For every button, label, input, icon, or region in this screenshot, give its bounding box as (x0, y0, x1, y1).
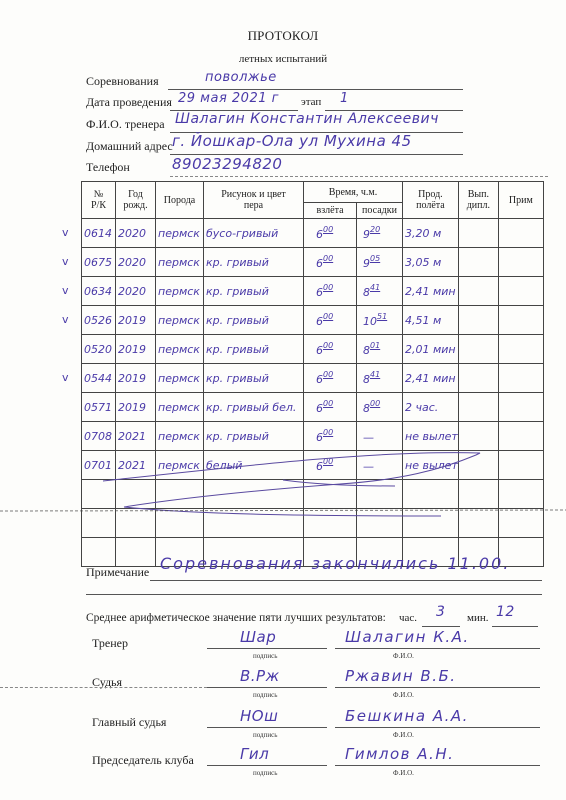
cell-feather-color: кр. гривый (204, 335, 304, 364)
landing-minute: 51 (377, 312, 387, 321)
cell-landing: 920 (357, 219, 403, 248)
check-mark-icon: v (62, 255, 69, 268)
cell-diploma (458, 335, 498, 364)
cell-ring-number (82, 509, 116, 538)
name-value: Ржавин В.Б. (345, 667, 457, 685)
signature-role-label: Тренер (92, 636, 128, 651)
takeoff-minute: 00 (323, 457, 333, 466)
table-row (82, 480, 544, 509)
cell-feather-color: кр. гривый (204, 306, 304, 335)
cell-note (498, 393, 543, 422)
note-line (150, 580, 542, 581)
table-row: 05442019пермсккр. гривый6008412,41 мин (82, 364, 544, 393)
signature-value: НОш (240, 707, 278, 725)
header-time: Время, ч.м. (304, 182, 403, 203)
header-ring-number: №Р/К (82, 182, 116, 219)
cell-duration (403, 480, 459, 509)
name-caption: Ф.И.О. (393, 731, 414, 739)
takeoff-hour: 6 (316, 257, 323, 270)
table-row (82, 509, 544, 538)
landing-hour: 8 (363, 402, 370, 415)
landing-hour: 10 (363, 315, 377, 328)
name-caption: Ф.И.О. (393, 769, 414, 777)
cell-feather-color: кр. гривый (204, 364, 304, 393)
takeoff-minute: 00 (323, 283, 333, 292)
cell-breed: пермск (156, 422, 204, 451)
cell-takeoff: 600 (304, 451, 357, 480)
landing-hour: 9 (363, 228, 370, 241)
cell-feather-color: кр. гривый (204, 277, 304, 306)
cell-feather-color: кр. гривый (204, 248, 304, 277)
takeoff-minute: 00 (323, 225, 333, 234)
cell-breed: пермск (156, 306, 204, 335)
cell-breed (156, 509, 204, 538)
cell-breed: пермск (156, 364, 204, 393)
cell-ring-number: 0701 (82, 451, 116, 480)
cell-ring-number: 0675 (82, 248, 116, 277)
cell-takeoff: 600 (304, 277, 357, 306)
cell-diploma (458, 219, 498, 248)
cell-takeoff: 600 (304, 306, 357, 335)
cell-breed: пермск (156, 219, 204, 248)
cell-birth-year: 2020 (116, 248, 156, 277)
cell-feather-color: кр. гривый бел. (204, 393, 304, 422)
landing-hour: 8 (363, 344, 370, 357)
cell-landing (357, 480, 403, 509)
signature-caption: подпись (253, 652, 277, 660)
phone-label: Телефон (86, 160, 130, 175)
cell-breed: пермск (156, 277, 204, 306)
cell-feather-color: бусо-гривый (204, 219, 304, 248)
cell-diploma (458, 306, 498, 335)
cell-takeoff: 600 (304, 422, 357, 451)
landing-minute: 00 (370, 399, 380, 408)
signature-role-label: Главный судья (92, 715, 166, 730)
cell-ring-number: 0571 (82, 393, 116, 422)
average-minutes-line (492, 626, 538, 627)
cell-takeoff: 600 (304, 393, 357, 422)
header-feather-color: Рисунок и цветпера (204, 182, 304, 219)
cell-takeoff: 600 (304, 335, 357, 364)
address-value: г. Йошкар-Ола ул Мухина 45 (172, 132, 412, 150)
note-label: Примечание (86, 565, 149, 580)
cell-duration: не вылет (403, 451, 459, 480)
cell-birth-year: 2020 (116, 277, 156, 306)
cell-note (498, 364, 543, 393)
cell-landing: 905 (357, 248, 403, 277)
cell-diploma (458, 364, 498, 393)
landing-hour: — (363, 431, 374, 444)
cell-birth-year: 2019 (116, 364, 156, 393)
cell-takeoff (304, 509, 357, 538)
cell-feather-color: кр. гривый (204, 422, 304, 451)
takeoff-hour: 6 (316, 315, 323, 328)
cell-note (498, 219, 543, 248)
takeoff-hour: 6 (316, 460, 323, 473)
cell-birth-year: 2019 (116, 393, 156, 422)
name-value: Гимлов А.Н. (345, 745, 454, 763)
name-line (335, 765, 540, 766)
note-value: Соревнования закончились 11.00. (160, 554, 510, 573)
cell-ring-number (82, 538, 116, 567)
cell-birth-year: 2021 (116, 451, 156, 480)
cell-note (498, 422, 543, 451)
name-line (335, 687, 540, 688)
cell-birth-year: 2021 (116, 422, 156, 451)
cell-birth-year (116, 538, 156, 567)
table-row: 07012021пермскбелый600—не вылет (82, 451, 544, 480)
landing-hour: 9 (363, 257, 370, 270)
average-label: Среднее арифметическое значение пяти луч… (86, 612, 386, 624)
cell-duration: 2,41 мин (403, 277, 459, 306)
stage-value: 1 (340, 91, 349, 106)
cell-note (498, 480, 543, 509)
name-value: Бешкина А.А. (345, 707, 469, 725)
cell-note (498, 248, 543, 277)
landing-minute: 41 (370, 283, 380, 292)
average-hours-value: 3 (436, 604, 445, 620)
table-row: 07082021пермсккр. гривый600—не вылет (82, 422, 544, 451)
cell-diploma (458, 422, 498, 451)
trainer-name-label: Ф.И.О. тренера (86, 117, 165, 132)
date-label: Дата проведения (86, 95, 172, 110)
landing-minute: 05 (370, 254, 380, 263)
header-breed: Порода (156, 182, 204, 219)
cell-ring-number (82, 480, 116, 509)
competition-value: поволжье (205, 70, 277, 85)
cell-takeoff: 600 (304, 219, 357, 248)
cell-landing: 841 (357, 277, 403, 306)
header-takeoff: взлёта (304, 203, 357, 219)
cell-duration: 3,05 м (403, 248, 459, 277)
table-row: 05712019пермсккр. гривый бел.6008002 час… (82, 393, 544, 422)
phone-line (170, 176, 548, 177)
address-label: Домашний адрес (86, 139, 173, 154)
header-duration: Прод.полёта (403, 182, 459, 219)
name-line (335, 648, 540, 649)
name-caption: Ф.И.О. (393, 652, 414, 660)
phone-value: 89023294820 (172, 155, 282, 173)
check-mark-icon: v (62, 226, 69, 239)
document-title: ПРОТОКОЛ (0, 28, 566, 44)
signature-value: Шар (240, 628, 276, 646)
cell-takeoff: 600 (304, 364, 357, 393)
cell-duration: не вылет (403, 422, 459, 451)
landing-minute: 01 (370, 341, 380, 350)
cell-duration: 2,41 мин (403, 364, 459, 393)
competition-line (168, 89, 463, 90)
name-caption: Ф.И.О. (393, 691, 414, 699)
check-mark-icon: v (62, 313, 69, 326)
takeoff-hour: 6 (316, 402, 323, 415)
cell-diploma (458, 480, 498, 509)
average-minutes-value: 12 (496, 604, 515, 620)
cell-breed: пермск (156, 393, 204, 422)
cell-landing: 1051 (357, 306, 403, 335)
signature-caption: подпись (253, 691, 277, 699)
cell-ring-number: 0614 (82, 219, 116, 248)
check-mark-icon: v (62, 371, 69, 384)
check-mark-icon: v (62, 284, 69, 297)
cell-diploma (458, 248, 498, 277)
cell-takeoff (304, 480, 357, 509)
signature-line (207, 727, 327, 728)
takeoff-minute: 00 (323, 312, 333, 321)
cell-landing: — (357, 422, 403, 451)
scan-artifact-line (0, 687, 207, 688)
cell-duration: 3,20 м (403, 219, 459, 248)
takeoff-minute: 00 (323, 370, 333, 379)
flight-results-table: №Р/К Годрожд. Порода Рисунок и цветпера … (81, 181, 544, 567)
cell-diploma (458, 277, 498, 306)
header-diploma: Вып.дипл. (458, 182, 498, 219)
cell-note (498, 335, 543, 364)
takeoff-hour: 6 (316, 228, 323, 241)
table-row: 06142020пермскбусо-гривый6009203,20 м (82, 219, 544, 248)
landing-hour: 8 (363, 286, 370, 299)
signature-value: В.Рж (240, 667, 280, 685)
cell-breed: пермск (156, 451, 204, 480)
cell-feather-color: белый (204, 451, 304, 480)
cell-birth-year (116, 509, 156, 538)
name-line (335, 727, 540, 728)
cell-ring-number: 0544 (82, 364, 116, 393)
landing-hour: — (363, 460, 374, 473)
cell-ring-number: 0708 (82, 422, 116, 451)
cell-takeoff: 600 (304, 248, 357, 277)
cell-birth-year: 2019 (116, 335, 156, 364)
cell-breed: пермск (156, 248, 204, 277)
signature-role-label: Председатель клуба (92, 753, 194, 768)
stage-label: этап (301, 96, 321, 108)
signature-line (207, 765, 327, 766)
takeoff-minute: 00 (323, 399, 333, 408)
signature-caption: подпись (253, 731, 277, 739)
average-hours-label: час. (399, 612, 417, 624)
header-note: Прим (498, 182, 543, 219)
cell-landing: — (357, 451, 403, 480)
cell-diploma (458, 393, 498, 422)
takeoff-hour: 6 (316, 373, 323, 386)
header-landing: посадки (357, 203, 403, 219)
signature-caption: подпись (253, 769, 277, 777)
cell-duration: 2 час. (403, 393, 459, 422)
cell-ring-number: 0634 (82, 277, 116, 306)
landing-minute: 41 (370, 370, 380, 379)
competition-label: Соревнования (86, 74, 159, 89)
takeoff-hour: 6 (316, 431, 323, 444)
cell-landing (357, 509, 403, 538)
cell-feather-color (204, 480, 304, 509)
trainer-name-value: Шалагин Константин Алексеевич (175, 111, 439, 127)
cell-landing: 841 (357, 364, 403, 393)
date-value: 29 мая 2021 г (178, 91, 279, 106)
landing-hour: 8 (363, 373, 370, 386)
cell-note (498, 306, 543, 335)
header-birth-year: Годрожд. (116, 182, 156, 219)
cell-duration: 4,51 м (403, 306, 459, 335)
cell-ring-number: 0526 (82, 306, 116, 335)
table-row: 06752020пермсккр. гривый6009053,05 м (82, 248, 544, 277)
average-hours-line (422, 626, 460, 627)
signature-line (207, 648, 327, 649)
takeoff-minute: 00 (323, 428, 333, 437)
cell-note (498, 277, 543, 306)
cell-breed: пермск (156, 335, 204, 364)
cell-feather-color (204, 509, 304, 538)
cell-landing: 801 (357, 335, 403, 364)
cell-diploma (458, 509, 498, 538)
takeoff-minute: 00 (323, 254, 333, 263)
cell-ring-number: 0520 (82, 335, 116, 364)
takeoff-hour: 6 (316, 286, 323, 299)
table-row: 05202019пермсккр. гривый6008012,01 мин (82, 335, 544, 364)
document-subtitle: летных испытаний (0, 53, 566, 65)
landing-minute: 20 (370, 225, 380, 234)
cell-birth-year: 2019 (116, 306, 156, 335)
takeoff-minute: 00 (323, 341, 333, 350)
cell-duration: 2,01 мин (403, 335, 459, 364)
cell-note (498, 451, 543, 480)
takeoff-hour: 6 (316, 344, 323, 357)
cell-birth-year: 2020 (116, 219, 156, 248)
cell-diploma (458, 451, 498, 480)
cell-breed (156, 480, 204, 509)
table-row: 06342020пермсккр. гривый6008412,41 мин (82, 277, 544, 306)
cell-duration (403, 509, 459, 538)
average-minutes-label: мин. (467, 612, 488, 624)
cell-note (498, 509, 543, 538)
name-value: Шалагин К.А. (345, 628, 470, 646)
table-row: 05262019пермсккр. гривый60010514,51 м (82, 306, 544, 335)
signature-line (207, 687, 327, 688)
cell-birth-year (116, 480, 156, 509)
note-line-2 (86, 594, 542, 595)
signature-value: Гил (240, 745, 269, 763)
cell-landing: 800 (357, 393, 403, 422)
